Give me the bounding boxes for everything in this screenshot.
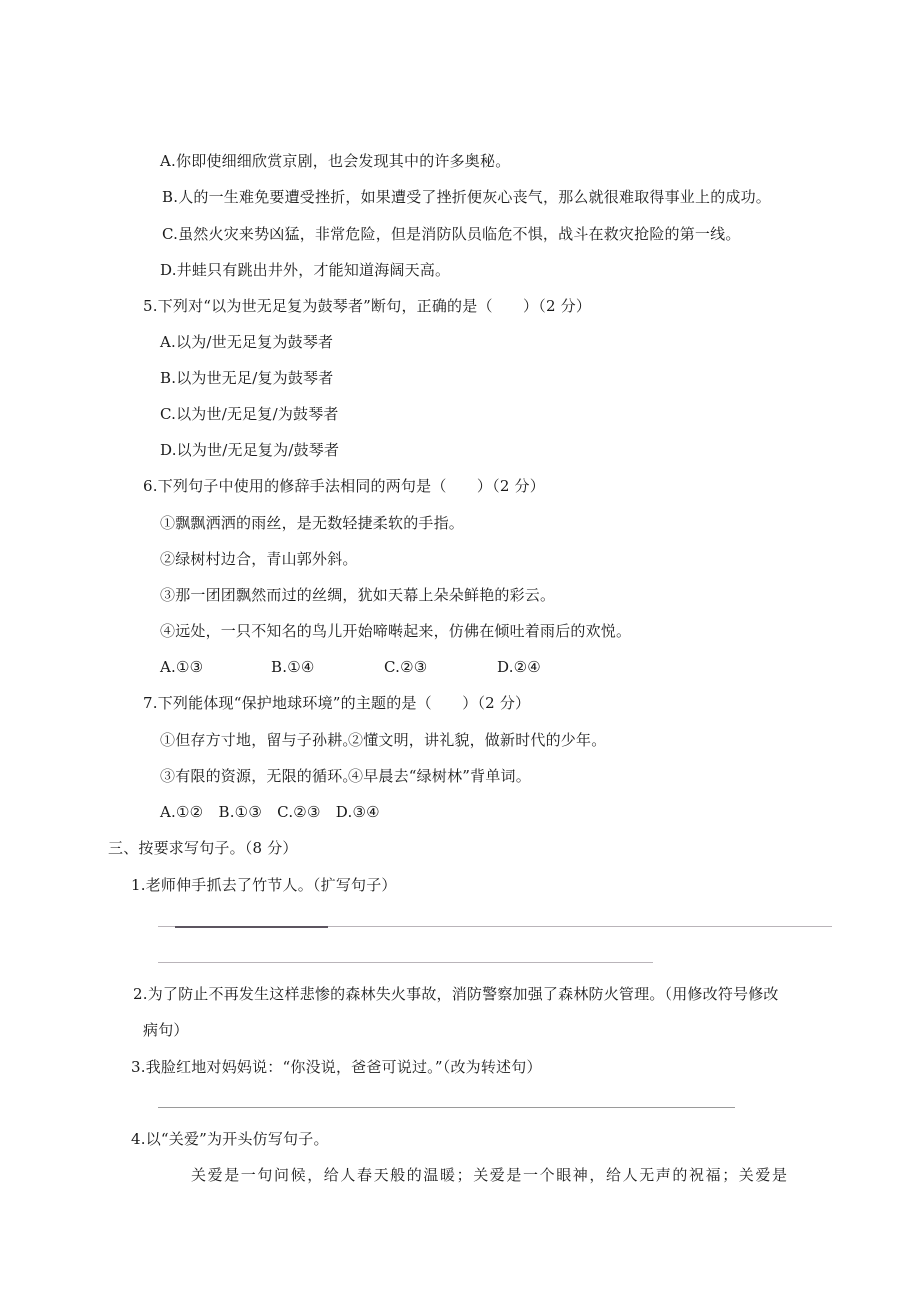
q4-option-a: A.你即使细细欣赏京剧，也会发现其中的许多奥秘。	[160, 151, 510, 171]
q5-stem: 5.下列对“以为世无足复为鼓琴者”断句，正确的是（ ）（2 分）	[143, 296, 591, 316]
answer-line-1-filled-segment	[175, 926, 328, 928]
s3-q4-prompt: 4.以“关爱”为开头仿写句子。	[131, 1129, 329, 1149]
q7-sentence-1: ①但存方寸地，留与子孙耕。	[160, 730, 358, 750]
s3-q3-prompt: 3.我脸红地对妈妈说：“你没说，爸爸可说过。”（改为转述句）	[131, 1057, 542, 1077]
q7-stem: 7.下列能体现“保护地球环境”的主题的是（ ）（2 分）	[143, 693, 530, 713]
q6-option-d: D.②④	[497, 657, 541, 677]
q6-sentence-2: ②绿树村边合，青山郭外斜。	[160, 549, 358, 569]
q6-stem: 6.下列句子中使用的修辞手法相同的两句是（ ）（2 分）	[143, 476, 545, 496]
q4-option-c: C.虽然火灾来势凶猛，非常危险，但是消防队员临危不惧，战斗在救灾抢险的第一线。	[162, 224, 741, 244]
q7-sentence-2: ②懂文明，讲礼貌，做新时代的少年。	[348, 730, 606, 750]
q5-option-b: B.以为世无足/复为鼓琴者	[160, 368, 333, 388]
answer-line-3[interactable]	[158, 1107, 735, 1108]
q6-option-b: B.①④	[271, 657, 315, 677]
s3-q2-prompt-line1: 2.为了防止不再发生这样悲惨的森林失火事故，消防警察加强了森林防火管理。（用修改…	[133, 984, 779, 1004]
q6-option-c: C.②③	[384, 657, 427, 677]
section3-heading: 三、按要求写句子。（8 分）	[108, 838, 298, 858]
q6-sentence-3: ③那一团团飘然而过的丝绸，犹如天幕上朵朵鲜艳的彩云。	[160, 585, 555, 605]
q5-option-c: C.以为世/无足复/为鼓琴者	[160, 404, 339, 424]
q6-sentence-1: ①飘飘洒洒的雨丝，是无数轻捷柔软的手指。	[160, 513, 464, 533]
answer-line-2[interactable]	[158, 962, 653, 963]
s3-q2-prompt-line2: 病句）	[143, 1020, 189, 1040]
s3-q4-example: 关爱是一句问候，给人春天般的温暖；关爱是一个眼神，给人无声的祝福；关爱是	[191, 1165, 789, 1185]
q6-sentence-4: ④远处，一只不知名的鸟儿开始啼啭起来，仿佛在倾吐着雨后的欢悦。	[160, 621, 631, 641]
q7-sentence-4: ④早晨去“绿树林”背单词。	[348, 766, 531, 786]
q7-options: A.①② B.①③ C.②③ D.③④	[160, 802, 380, 822]
q6-option-a: A.①③	[160, 657, 203, 677]
q5-option-a: A.以为/世无足复为鼓琴者	[160, 332, 333, 352]
q5-option-d: D.以为世/无足复为/鼓琴者	[160, 440, 339, 460]
q7-sentence-3: ③有限的资源，无限的循环。	[160, 766, 358, 786]
s3-q1-prompt: 1.老师伸手抓去了竹节人。（扩写句子）	[131, 875, 397, 895]
q4-option-d: D.井蛙只有跳出井外，才能知道海阔天高。	[160, 260, 450, 280]
q4-option-b: B.人的一生难免要遭受挫折，如果遭受了挫折便灰心丧气，那么就很难取得事业上的成功…	[162, 187, 771, 207]
